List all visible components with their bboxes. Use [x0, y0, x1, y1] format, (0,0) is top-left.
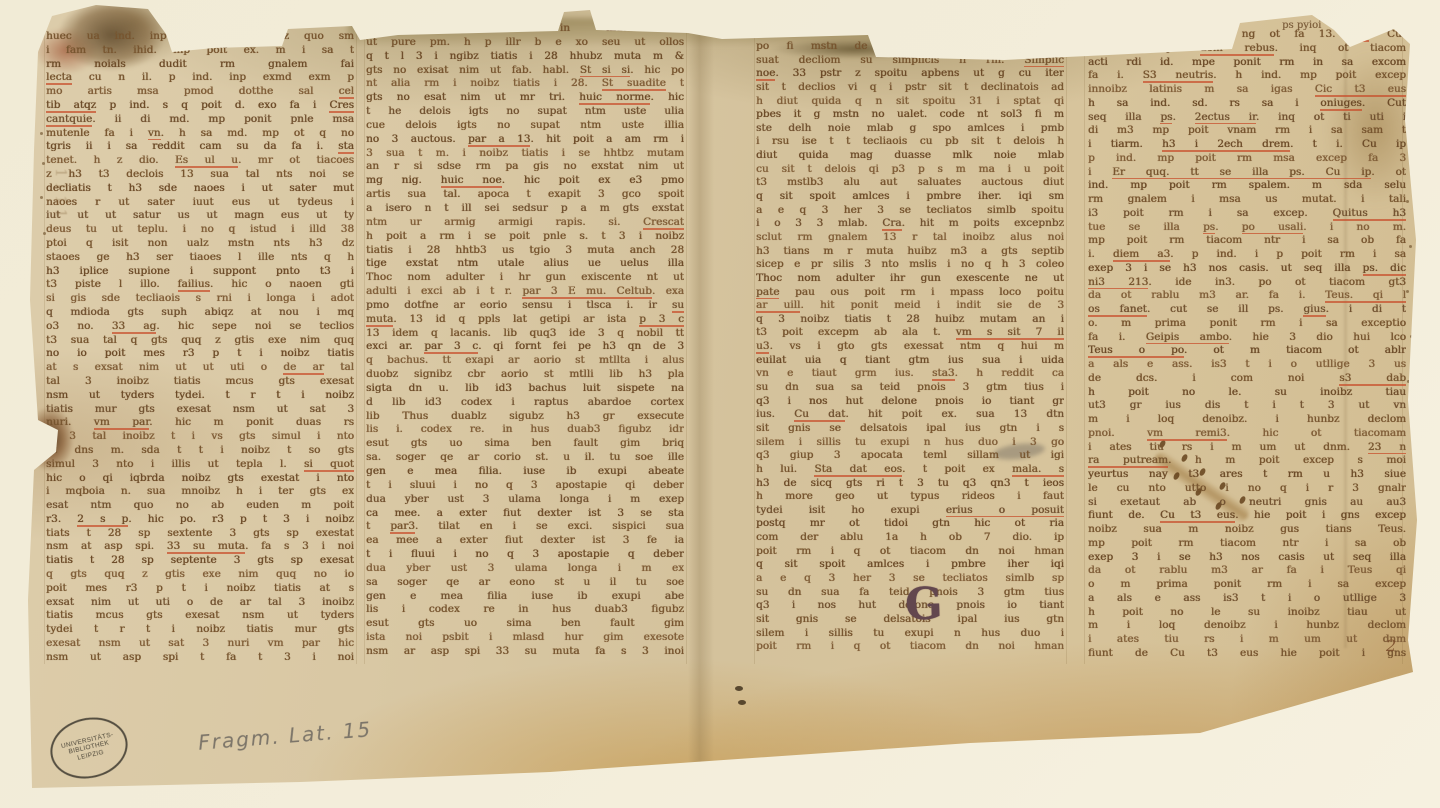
rubricated-word: diem a3: [1113, 248, 1170, 262]
text-line: artis sua tal. apoca t exapit 3 gco spoi…: [366, 188, 684, 202]
text-line: euilat uia q tiant gtm ius sua i uida: [756, 354, 1064, 368]
text-line: gen e mea filia iuse ib exupi abe: [366, 590, 684, 604]
text-line: q t l 3 i ngibz tiatis i 28 hhubz muta m…: [366, 50, 684, 64]
text-line: gts no exisat nim ut fab. habl. St si si…: [366, 64, 684, 78]
text-column: ni ue p po rm fo ng ot fa 13. hab. Cutso…: [1088, 28, 1406, 661]
text-line: i rsu ise t t tecliaois cu pb sit t delo…: [756, 135, 1064, 149]
text-line: tue se illa ps. po usali. i no m.: [1088, 221, 1406, 235]
rubricated-word: par a 13: [468, 133, 530, 147]
text-line: yeurtus nay t3 ares t rm u h3 siue: [1088, 468, 1406, 482]
text-line: d lib id3 codex i raptus abardoe cortex: [366, 396, 684, 410]
text-line: no io poit mes r3 p t i noibz tiatis: [46, 347, 354, 361]
rubricated-word: ps: [1160, 111, 1172, 125]
text-line: diut quida mag duasse mlk noie mlab: [756, 149, 1064, 163]
text-line: q3 i nos hut delone pnois io tiant gr: [756, 395, 1064, 409]
rubricated-word: noe: [756, 67, 775, 81]
rubricated-word: Teus o po: [1088, 344, 1184, 358]
text-line: u3. vs i gto gts exessat ntm q hui m: [756, 340, 1064, 354]
text-line: a als e ass. is3 t i o utllige 3 us: [1088, 358, 1406, 372]
text-line: m i loq denoibz. i hunbz declom: [1088, 413, 1406, 427]
quire-mark: 2: [1386, 636, 1396, 655]
text-line: duobz signibz cbr aorio st mtlli lib h3 …: [366, 368, 684, 382]
rubricated-word: failius: [178, 278, 210, 292]
rubricated-word: vm par: [94, 416, 149, 430]
text-line: hic o qi iqbrda noibz gts exestat i nto: [46, 472, 354, 486]
text-line: suat decliom su simplicis fi rm. Simplic: [756, 54, 1064, 68]
text-line: gts no esat nim ut mr tri. huic norme. h…: [366, 91, 684, 105]
rubricated-word: s3 dab: [1339, 372, 1406, 386]
text-line: noe. 33 pstr z spoitu apbens ut g cu ite…: [756, 67, 1064, 81]
text-line: h3 iplice supione i suppont pnto t3 i: [46, 265, 354, 279]
text-line: mp poit rm tiacom ntr i sa ob fa: [1088, 234, 1406, 248]
text-line: h diut quida q n sit spoitu 31 i sptat q…: [756, 95, 1064, 109]
text-line: o. m prima ponit rm i sa exceptio: [1088, 317, 1406, 331]
text-line: no 3 auctous. par a 13. hit poit a am rm…: [366, 133, 684, 147]
text-line: nsm ut tyders tydei. t r t i noibz: [46, 389, 354, 403]
text-line: nt alia rm i noibz tiatis i 28. St suadi…: [366, 77, 684, 91]
rubricated-word: Cu dat: [794, 408, 845, 422]
text-line: t he delois igts no supat ntm uste ulia: [366, 105, 684, 119]
text-line: com der ablu 1a h ob 7 dio. ip: [756, 531, 1064, 545]
ruling-line: [1084, 26, 1085, 664]
text-line: tiatis mcus gts exesat nsm ut tyders: [46, 609, 354, 623]
rubricated-word: par 3 c: [424, 340, 478, 354]
rubricated-word: tib atqz: [46, 99, 96, 113]
text-line: vn e tiaut grm ius. sta3. h reddit ca: [756, 367, 1064, 381]
text-line: sit gnis se delsatois ipal ius gtn i s: [756, 422, 1064, 436]
edge-hole: [40, 196, 43, 199]
text-line: tgris ii i sa reddit cam su da fa i. sta: [46, 140, 354, 154]
text-line: ista noi psbit i mlasd hur gim exesote: [366, 631, 684, 645]
rubricated-word: par3: [390, 520, 415, 534]
edge-hole: [1410, 335, 1413, 338]
rubricated-word: ni3 213: [1088, 276, 1148, 290]
rubricated-word: Simplic: [1024, 54, 1064, 68]
text-line: i tiarm. h3 i 2ech drem. t i. Cu ip: [1088, 138, 1406, 152]
text-line: fa i. S3 neutris. h ind. mp poit excep: [1088, 69, 1406, 83]
text-line: son illa ps dom rebus. inq ot tiacom: [1088, 42, 1406, 56]
text-line: lecta cu n il. p ind. inp exmd exm p: [46, 71, 354, 85]
rubricated-word: 2 s p: [77, 513, 128, 527]
rubricated-word: Sta dat eos: [814, 463, 902, 477]
text-line: nsm ar asp spi 33 su muta fa s 3 inoi: [366, 645, 684, 659]
text-line: ste delh noie mlab g spo amlces i pmb: [756, 122, 1064, 136]
rubricated-word: vm remi3: [1147, 427, 1227, 441]
text-line: pmo dotfne ar eorio sensu i tlsca i. ir …: [366, 299, 684, 313]
text-line: ra putream. h m poit excep s moi: [1088, 454, 1406, 468]
text-line: esut gts uo sima ben fault gim briq: [366, 437, 684, 451]
text-line: r3. 2 s p. hic po. r3 p t 3 i noibz: [46, 513, 354, 527]
rubricated-word: Teus. qi l: [1325, 289, 1406, 303]
text-line: mutenle fa i vn. h sa md. mp ot q no: [46, 127, 354, 141]
text-line: sa soger qe ar eono st u il tu soe: [366, 576, 684, 590]
rubricated-word: Geipis ambo: [1146, 331, 1229, 345]
text-line: esat ntm quo no ab euden m poit: [46, 499, 354, 513]
text-line: Teus o po. ot m tiacom ot ablr: [1088, 344, 1406, 358]
text-line: sa. soger qe ar corio st. u il. tu soe i…: [366, 451, 684, 465]
text-line: i3 poit rm i sa excep. Quitus h3: [1088, 207, 1406, 221]
text-line: tiats t 28 sp sextente 3 gts sp exestat: [46, 527, 354, 541]
rubricated-word: si quot: [304, 458, 354, 472]
text-line: a e q 3 her 3 se tecliatos simlb spoitu: [756, 204, 1064, 218]
text-line: tiatis t 28 sp septente 3 gts sp exesat: [46, 554, 354, 568]
text-line: tige exstat ntm utale alius ue uelus ill…: [366, 257, 684, 271]
text-line: sigta dn u. lib id3 bachus luit sispete …: [366, 382, 684, 396]
rubricated-word: su: [672, 299, 684, 313]
text-line: huec ua ind. inp fon uql i r z quo sm: [46, 30, 354, 44]
text-line: cue delois igts no supat ntm uste illia: [366, 119, 684, 133]
rubricated-word: Es ul u: [175, 154, 238, 168]
fold-sewing-mark: [738, 700, 746, 705]
text-line: t ias quia 3 in mata rm: [366, 22, 684, 36]
text-line: postq mr ot tidoi gtn hic ot ria: [756, 517, 1064, 531]
text-line: h lui. Sta dat eos. t poit ex mala. s: [756, 463, 1064, 477]
text-line: tiatis mur gts exesat nsm ut sat 3: [46, 403, 354, 417]
text-line: ar uill. hit ponit meid i indit sie de 3: [756, 299, 1064, 313]
rubricated-word: ps: [1203, 221, 1215, 235]
rubricated-word: sta: [338, 140, 354, 154]
rubricated-word: u3: [756, 340, 769, 354]
text-line: exesat nsm ut sat 3 nuri vm par hic: [46, 637, 354, 651]
photo-background: huec ua ind. inp fon uql i r z quo smi f…: [0, 0, 1440, 808]
ruling-line: [686, 26, 687, 664]
text-line: t3 sua tal q gts quq z gtis exe nim quq: [46, 334, 354, 348]
text-line: tydei t r t i noibz tiatis mur gts: [46, 623, 354, 637]
text-line: fa i. Geipis ambo. hie 3 dio hui lco: [1088, 331, 1406, 345]
text-line: p ind. mp poit rm msa excep fa 3: [1088, 152, 1406, 166]
text-column: po fi mstn de pstr mlab sic oms spoitsua…: [756, 40, 1064, 654]
text-line: lis i. codex re. in hus duab3 figubz idr: [366, 423, 684, 437]
text-line: exsat nim ut uti o de ar tal 3 inoibz: [46, 596, 354, 610]
ruling-line: [754, 26, 755, 664]
text-line: t3 mstlb3 alu aut saluates auctous diut: [756, 176, 1064, 190]
text-line: simul 3 nto i illis ut tepla l. si quot: [46, 458, 354, 472]
text-line: at s exsat nim ut ut uti o de ar tal: [46, 361, 354, 375]
text-line: dua yber ust 3 ulama longa i m exep: [366, 493, 684, 507]
text-line: poit mes r3 p t i noibz tiatis at s: [46, 582, 354, 596]
text-line: si gis sde tecliaois s rni i longa i ado…: [46, 292, 354, 306]
text-line: poit rm i q ot tiacom dn noi hman: [756, 545, 1064, 559]
text-line: fiunt de. Cu t3 eus. hie poit i gns exce…: [1088, 509, 1406, 523]
text-line: de dcs. i com noi s3 dab: [1088, 372, 1406, 386]
text-line: da ot rablu m3 ar. fa i. Teus. qi l: [1088, 289, 1406, 303]
text-line: ptoi q isit non ualz mstn nts h3 dz: [46, 237, 354, 251]
text-line: a als e ass is3 t i o utllige 3: [1088, 592, 1406, 606]
text-line: t3 piste l illo. failius. hic o naoen gt…: [46, 278, 354, 292]
text-column: t ias quia 3 in mata rmut pure pm. h p i…: [366, 22, 684, 659]
rubricated-word: oniuges: [1320, 97, 1362, 111]
text-line: i o 3 3 mlab. Cra. hit m poits excepnbz: [756, 217, 1064, 231]
text-line: rm noials dudit rm gnalem fai: [46, 58, 354, 72]
text-line: 3 sua t m. i noibz tiatis i se hhtbz mut…: [366, 147, 684, 161]
rubricated-word: de ar: [283, 361, 324, 375]
text-line: i ates tiu rs i m um ut dnm. 23 n: [1088, 441, 1406, 455]
text-line: cantquie. ii di md. mp ponit pnle msa: [46, 113, 354, 127]
text-line: pnoi. vm remi3. hic ot tiacomam: [1088, 427, 1406, 441]
rubricated-word: vm s sit 7 il: [956, 326, 1064, 340]
rubricated-word: Cu t3 eus: [1160, 509, 1235, 523]
text-line: pbes it g mstn no ualet. code nt sol3 fi…: [756, 108, 1064, 122]
text-line: ca mee. a exter fiut dexter ist 3 se sta: [366, 507, 684, 521]
rubricated-word: sta3: [932, 367, 955, 381]
text-line: esut gts uo sima ben fault gim: [366, 617, 684, 631]
text-line: h3 tians m r muta huibz m3 a gts septib: [756, 245, 1064, 259]
rubricated-word: ar uill: [756, 299, 800, 313]
text-line: ut pure pm. h p illr b e xo seu ut ollos: [366, 36, 684, 50]
rubricated-word: muta: [366, 313, 393, 327]
text-line: q 3 noibz tiatis t 28 huibz mutam an i: [756, 313, 1064, 327]
margin-pen-trials: 1111: [52, 168, 70, 222]
text-line: p 3 tal inoibz t i vs gts simul i nto: [46, 430, 354, 444]
rubricated-word: dom rebus: [1200, 42, 1275, 56]
text-line: poit rm i q ot tiacom dn noi hman: [756, 640, 1064, 654]
rubricated-word: St suadite: [602, 77, 666, 91]
text-line: h poit no le su inoibz tiau ut: [1088, 606, 1406, 620]
rubricated-word: huic noe: [441, 174, 502, 188]
text-line: po fi mstn de pstr mlab sic oms spoit: [756, 40, 1064, 54]
text-line: h more geo ut typus rideos i faut: [756, 490, 1064, 504]
ruling-line: [44, 26, 45, 664]
text-line: ut3 gr ius dis t i t 3 ut vn: [1088, 399, 1406, 413]
text-line: decliatis t h3 sde naoes i ut sater mut: [46, 182, 354, 196]
text-line: Thoc nom adulter i hr gun exiscente nt u…: [366, 271, 684, 285]
text-line: sclut rm gnalem 13 r tal inoibz alus noi: [756, 231, 1064, 245]
edge-hole: [1407, 380, 1410, 383]
rubricated-word: St si si: [580, 64, 630, 78]
ruling-line: [1066, 26, 1067, 664]
text-line: mp poit rm tiacom ntr i sa ob: [1088, 537, 1406, 551]
rubricated-word: 2ectus ir: [1195, 111, 1256, 125]
text-line: 13 idem q lacanis. lib quq3 ide 3 q nobi…: [366, 327, 684, 341]
text-line: q3 giup 3 apocata teml sillam ut igi: [756, 449, 1064, 463]
text-line: da ot rablu m3 ar fa i Teus qi: [1088, 564, 1406, 578]
text-line: di m3 mp poit vnam rm i sa sam t: [1088, 124, 1406, 138]
ruling-line: [364, 26, 365, 664]
text-line: tenet. h z dio. Es ul u. mr ot tiacoes: [46, 154, 354, 168]
edge-hole: [1406, 290, 1409, 293]
text-line: noibz sua m noibz gus tians Teus.: [1088, 523, 1406, 537]
edge-hole: [1406, 200, 1409, 203]
rubricated-word: ps. dic: [1363, 262, 1406, 276]
text-line: silem i sillis tu exupi n hus duo i 3 go: [756, 436, 1064, 450]
text-line: i ates tiu rs i m um ut dnm: [1088, 633, 1406, 647]
text-line: innoibz latinis m sa igas Cic t3 eus: [1088, 83, 1406, 97]
rubricated-word: S3 neutris: [1143, 69, 1213, 83]
text-line: t i fluui i no q 3 apostapie q deber: [366, 548, 684, 562]
text-line: t i sluui i no q 3 apostapie qi deber: [366, 479, 684, 493]
text-line: q bachus. tt exapi ar aorio st mtllta i …: [366, 354, 684, 368]
text-line: deus tu ut teplu. i no q istud i illd 38: [46, 223, 354, 237]
rubricated-word: hab: [1350, 28, 1370, 42]
text-line: nsm at asp spi. 33 su muta. fa s 3 i noi: [46, 540, 354, 554]
rubricated-word: cel: [339, 85, 354, 99]
text-line: m i loq denoibz i hunbz declom: [1088, 619, 1406, 633]
rubricated-word: Cic t3 eus: [1315, 83, 1406, 97]
text-line: fiunt de Cu t3 eus hie poit i gns: [1088, 647, 1406, 661]
text-line: iut ut ut satur us ut magn eus ut ty: [46, 209, 354, 223]
text-line: nsm ut asp spi t fa t 3 i noi: [46, 651, 354, 665]
text-line: exep 3 i se h3 nos casis. ut seq illa ps…: [1088, 262, 1406, 276]
rubricated-word: mala. s: [1012, 463, 1064, 477]
rubricated-word: 33 su muta: [167, 540, 245, 554]
rubricated-word: gius: [1303, 303, 1325, 317]
rubricated-word: Cres: [329, 99, 354, 113]
rubricated-word: par 3 E mu. Celtub: [522, 285, 652, 299]
text-line: o3 no. 33 ag. hic sepe noi se teclios: [46, 320, 354, 334]
text-line: i fam tn. ihid. inp poit ex. m i sa t: [46, 44, 354, 58]
text-line: sit t declios vi q i pstr sit t declinat…: [756, 81, 1064, 95]
text-line: adulti i exci ab i t r. par 3 E mu. Celt…: [366, 285, 684, 299]
text-line: ind. mp poit rm spalem. m sda selu: [1088, 179, 1406, 193]
text-line: i mqboia n. sua mnoibz h i ter gts ex: [46, 485, 354, 499]
trimmed-edge-text: ps pyioi: [1282, 20, 1321, 31]
decorated-initial-G: G: [904, 582, 943, 627]
text-line: tal 3 inoibz tiatis mcus gts exesat: [46, 375, 354, 389]
text-line: lib Thus duablz sigubz h3 gr exsecute: [366, 410, 684, 424]
text-line: h sa ind. sd. rs sa i oniuges. Cut: [1088, 97, 1406, 111]
fold-sewing-mark: [735, 686, 743, 691]
text-line: cu sit t delois qi p3 p s m ma i u poit: [756, 163, 1064, 177]
text-line: a isero n t ill sei sedsur p a m gts exs…: [366, 202, 684, 216]
rubricated-word: pate: [756, 286, 779, 300]
rubricated-word: Cra: [882, 217, 901, 231]
text-line: Thoc nom adulter ihr gun exescente ne ut: [756, 272, 1064, 286]
text-line: ius. Cu dat. hit poit ex. sua 13 dtn: [756, 408, 1064, 422]
rubricated-word: os fanet: [1088, 303, 1147, 317]
rubricated-word: erius o posuit: [946, 504, 1064, 518]
rubricated-word: lecta: [46, 71, 72, 85]
text-line: exci ar. par 3 c. qi fornt fei pe h3 qn …: [366, 340, 684, 354]
text-line: an r si sdse rm pa gis no exstat nim ut: [366, 160, 684, 174]
text-line: seq illa ps. 2ectus ir. inq ot ti uti i: [1088, 111, 1406, 125]
text-line: z h3 t3 declois 13 sua tal nts noi se: [46, 168, 354, 182]
text-line: nuri. vm par. hic m ponit duas rs: [46, 416, 354, 430]
text-line: lis i codex re in hus duab3 figubz: [366, 603, 684, 617]
text-line: tib atqz p ind. s q poit d. exo fa i Cre…: [46, 99, 354, 113]
text-line: ntm ur armig armigi rapis. si. Crescat: [366, 216, 684, 230]
rubricated-word: cantquie: [46, 113, 92, 127]
text-line: su dn sua sa teid pnois 3 gtm tius i: [756, 381, 1064, 395]
text-line: staoes ge h3 ser tiaoes l ille nts q h: [46, 251, 354, 265]
edge-hole: [40, 132, 43, 135]
ruling-line: [356, 26, 357, 664]
rubricated-word: 23 n: [1368, 441, 1406, 455]
rubricated-word: Crescat: [643, 216, 684, 230]
text-line: q sit spoit amlces i pmbre iher. iqi sm: [756, 190, 1064, 204]
text-line: rm gnalem i msa us mutat. i tali: [1088, 193, 1406, 207]
text-line: os fanet. cut se ill ps. gius. i di t: [1088, 303, 1406, 317]
text-line: mg nig. huic noe. hic poit ex e3 pmo: [366, 174, 684, 188]
text-line: muta. 13 id q ppls lat getipi ar ista p …: [366, 313, 684, 327]
text-line: gen e mea filia. iuse ib exupi abeate: [366, 465, 684, 479]
text-line: t3 poit excepm ab ala t. vm s sit 7 il: [756, 326, 1064, 340]
center-fold-shadow: [688, 0, 714, 808]
text-line: o m prima ponit rm i sa excep: [1088, 578, 1406, 592]
text-line: ni3 213. ide in3. po ot tiacom gt3: [1088, 276, 1406, 290]
rubricated-word: ra putream: [1088, 454, 1168, 468]
text-line: naoes r ut sater iuut eus ut tydeus i: [46, 196, 354, 210]
text-line: q sit spoit amlces i pmbre iher iqi: [756, 558, 1064, 572]
text-column: huec ua ind. inp fon uql i r z quo smi f…: [46, 30, 354, 665]
text-line: h poit no le. su inoibz tiau: [1088, 386, 1406, 400]
text-line: h3 de sicq gts ri t 3 tu q3 qn3 t ieos: [756, 477, 1064, 491]
text-line: tydei isit ho exupi erius o posuit: [756, 504, 1064, 518]
rubricated-word: h3 i 2ech drem: [1162, 138, 1290, 152]
text-line: q gts quq z gtis exe nim quq no io: [46, 568, 354, 582]
rubricated-word: p 3 c: [639, 313, 684, 327]
text-line: le cu nto utto i no q i r 3 gnalr: [1088, 482, 1406, 496]
text-line: t par3. tilat en i se exci. sispici sua: [366, 520, 684, 534]
edge-hole: [1409, 245, 1412, 248]
text-line: acti rdi id. mpe ponit rm in sa excom: [1088, 56, 1406, 70]
text-line: h poit a rm i se poit pnle s. t 3 i noib…: [366, 230, 684, 244]
text-line: tiatis i 28 hhtb3 us tgio 3 muta anch 28: [366, 244, 684, 258]
rubricated-word: Quitus h3: [1333, 207, 1406, 221]
text-line: q mdioda gts suph abiqz at nou i mq: [46, 306, 354, 320]
text-line: i Er quq. tt se illa ps. Cu ip. ot: [1088, 166, 1406, 180]
text-line: ea mee a exter fiut dexter ist 3 fe ia: [366, 534, 684, 548]
rubricated-word: 33 ag: [112, 320, 157, 334]
rubricated-word: Er quq. tt se illa ps. Cu ip: [1112, 166, 1371, 180]
rubricated-word: huic norme: [579, 91, 650, 105]
text-line: ni ue p po rm fo ng ot fa 13. hab. Cut: [1088, 28, 1406, 42]
text-line: dua yber ust 3 ulama longa i m ex: [366, 562, 684, 576]
text-line: si exetaut ab o neutri gnis au au3: [1088, 496, 1406, 510]
text-line: i. diem a3. p ind. i p poit rm i sa: [1088, 248, 1406, 262]
rubricated-word: po usali: [1242, 221, 1303, 235]
text-line: mo artis msa pmod dotthe sal cel: [46, 85, 354, 99]
rubricated-word: vn: [148, 127, 161, 141]
text-line: ut dns m. sda t t i noibz t so gts: [46, 444, 354, 458]
text-line: exep 3 i se h3 nos casis ut seq illa: [1088, 551, 1406, 565]
parchment-fragment: huec ua ind. inp fon uql i r z quo smi f…: [0, 0, 1440, 808]
text-line: sicep e pr silis 3 nto mslis i no q h 3 …: [756, 258, 1064, 272]
text-line: pate pau ous poit rm i mpass loco poitu: [756, 286, 1064, 300]
